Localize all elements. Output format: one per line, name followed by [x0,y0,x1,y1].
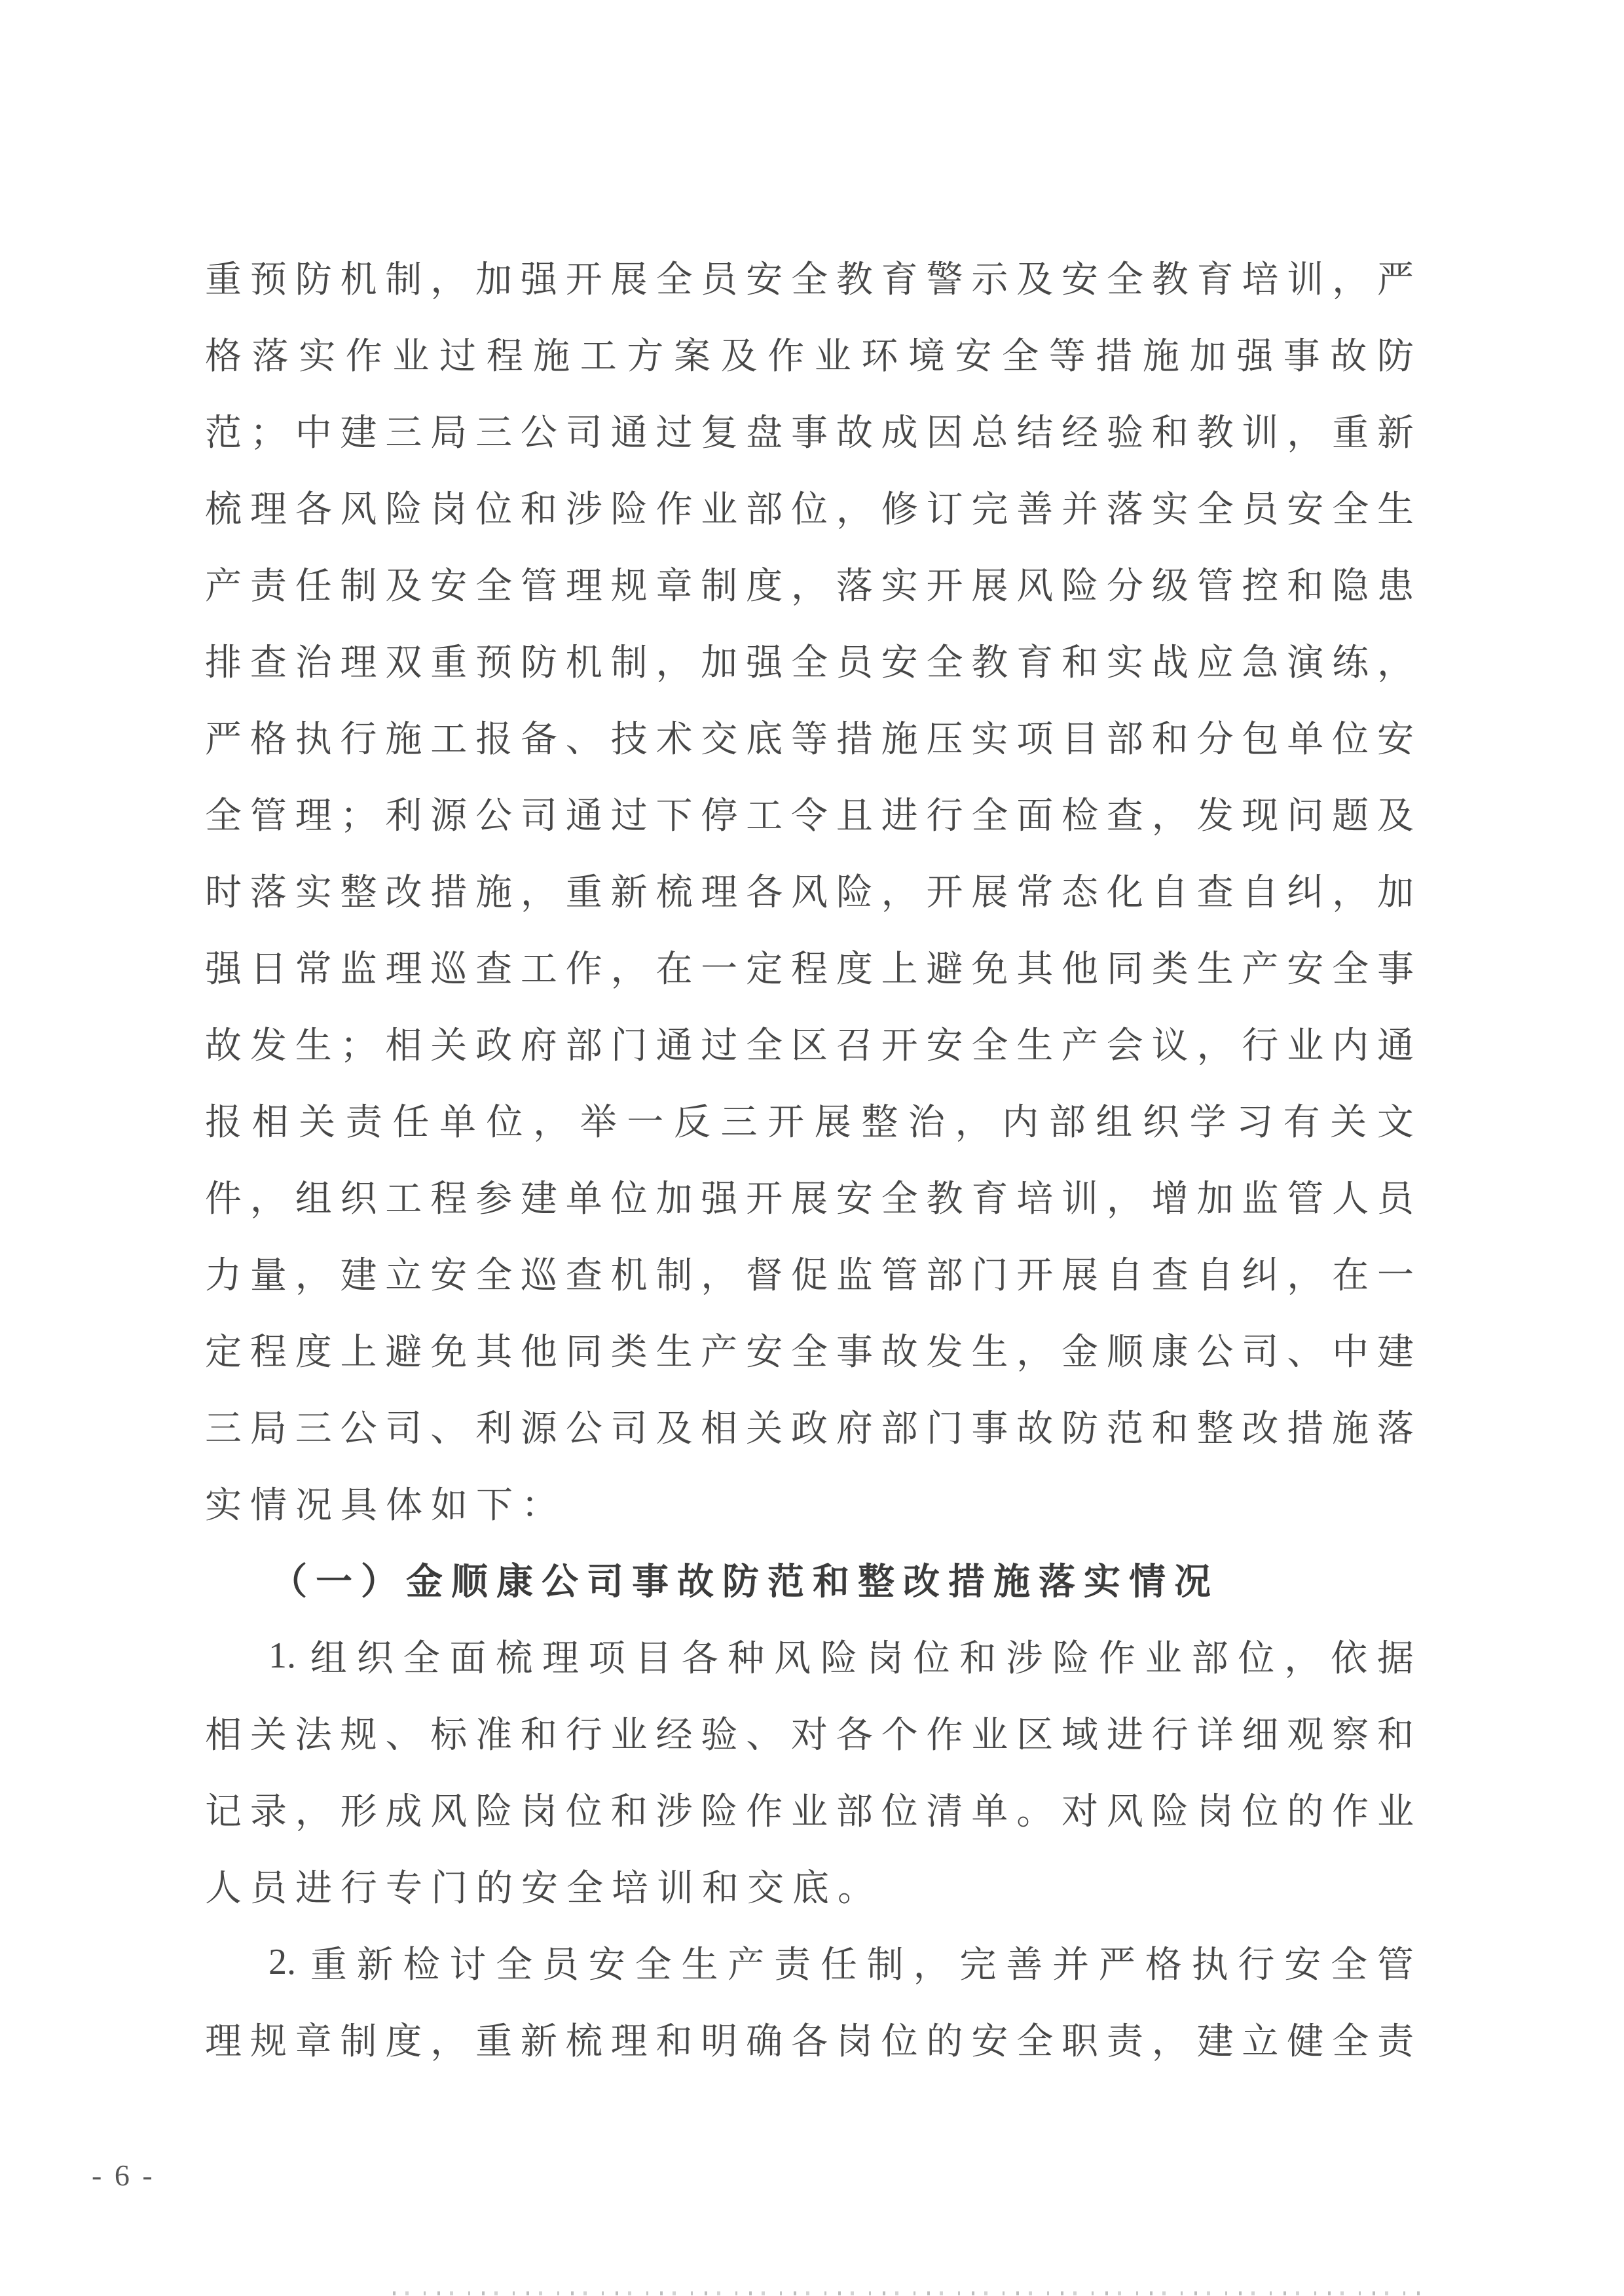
text-line: 故发生；相关政府部门通过全区召开安全生产会议，行业内通 [204,1004,1414,1081]
scanned-document-page: 重预防机制，加强开展全员安全教育警示及安全教育培训，严 格落实作业过程施工方案及… [0,0,1624,2296]
text-line: 全管理；利源公司通过下停工令且进行全面检查，发现问题及 [204,774,1414,851]
text-line: 件，组织工程参建单位加强开展安全教育培训，增加监管人员 [204,1157,1414,1234]
paragraph-start-line: 1.组织全面梳理项目各种风险岗位和涉险作业部位，依据 [204,1617,1414,1694]
document-body: 重预防机制，加强开展全员安全教育警示及安全教育培训，严 格落实作业过程施工方案及… [204,238,1414,2077]
text-line: 力量，建立安全巡查机制，督促监管部门开展自查自纠，在一 [204,1234,1414,1311]
text-line: 相关法规、标准和行业经验、对各个作业区域进行详细观察和 [204,1694,1414,1770]
text-line: 产责任制及安全管理规章制度，落实开展风险分级管控和隐患 [204,545,1414,621]
text-line: 格落实作业过程施工方案及作业环境安全等措施加强事故防 [204,315,1414,392]
paragraph-start-line: 2.重新检讨全员安全生产责任制，完善并严格执行安全管 [204,1923,1414,2000]
text-line: 三局三公司、利源公司及相关政府部门事故防范和整改措施落 [204,1387,1414,1464]
text-line: 实情况具体如下： [204,1464,1414,1540]
text-line: 梳理各风险岗位和涉险作业部位，修订完善并落实全员安全生 [204,468,1414,545]
text-line: 记录，形成风险岗位和涉险作业部位清单。对风险岗位的作业 [204,1770,1414,1847]
text-line: 强日常监理巡查工作，在一定程度上避免其他同类生产安全事 [204,928,1414,1004]
scan-artifact [393,2291,1428,2295]
text-line: 重预防机制，加强开展全员安全教育警示及安全教育培训，严 [204,238,1414,315]
text-line: 时落实整改措施，重新梳理各风险，开展常态化自查自纠，加 [204,851,1414,928]
text-line: 排查治理双重预防机制，加强全员安全教育和实战应急演练， [204,621,1414,698]
text-line: 定程度上避免其他同类生产安全事故发生，金顺康公司、中建 [204,1311,1414,1387]
text-line: 人员进行专门的安全培训和交底。 [204,1847,1414,1923]
section-heading: （一）金顺康公司事故防范和整改措施落实情况 [204,1540,1414,1617]
text-line: 理规章制度，重新梳理和明确各岗位的安全职责，建立健全责 [204,2000,1414,2077]
text-line: 严格执行施工报备、技术交底等措施压实项目部和分包单位安 [204,698,1414,774]
page-number: - 6 - [92,2158,155,2193]
text-line: 报相关责任单位，举一反三开展整治，内部组织学习有关文 [204,1081,1414,1157]
text-line: 范；中建三局三公司通过复盘事故成因总结经验和教训，重新 [204,392,1414,468]
